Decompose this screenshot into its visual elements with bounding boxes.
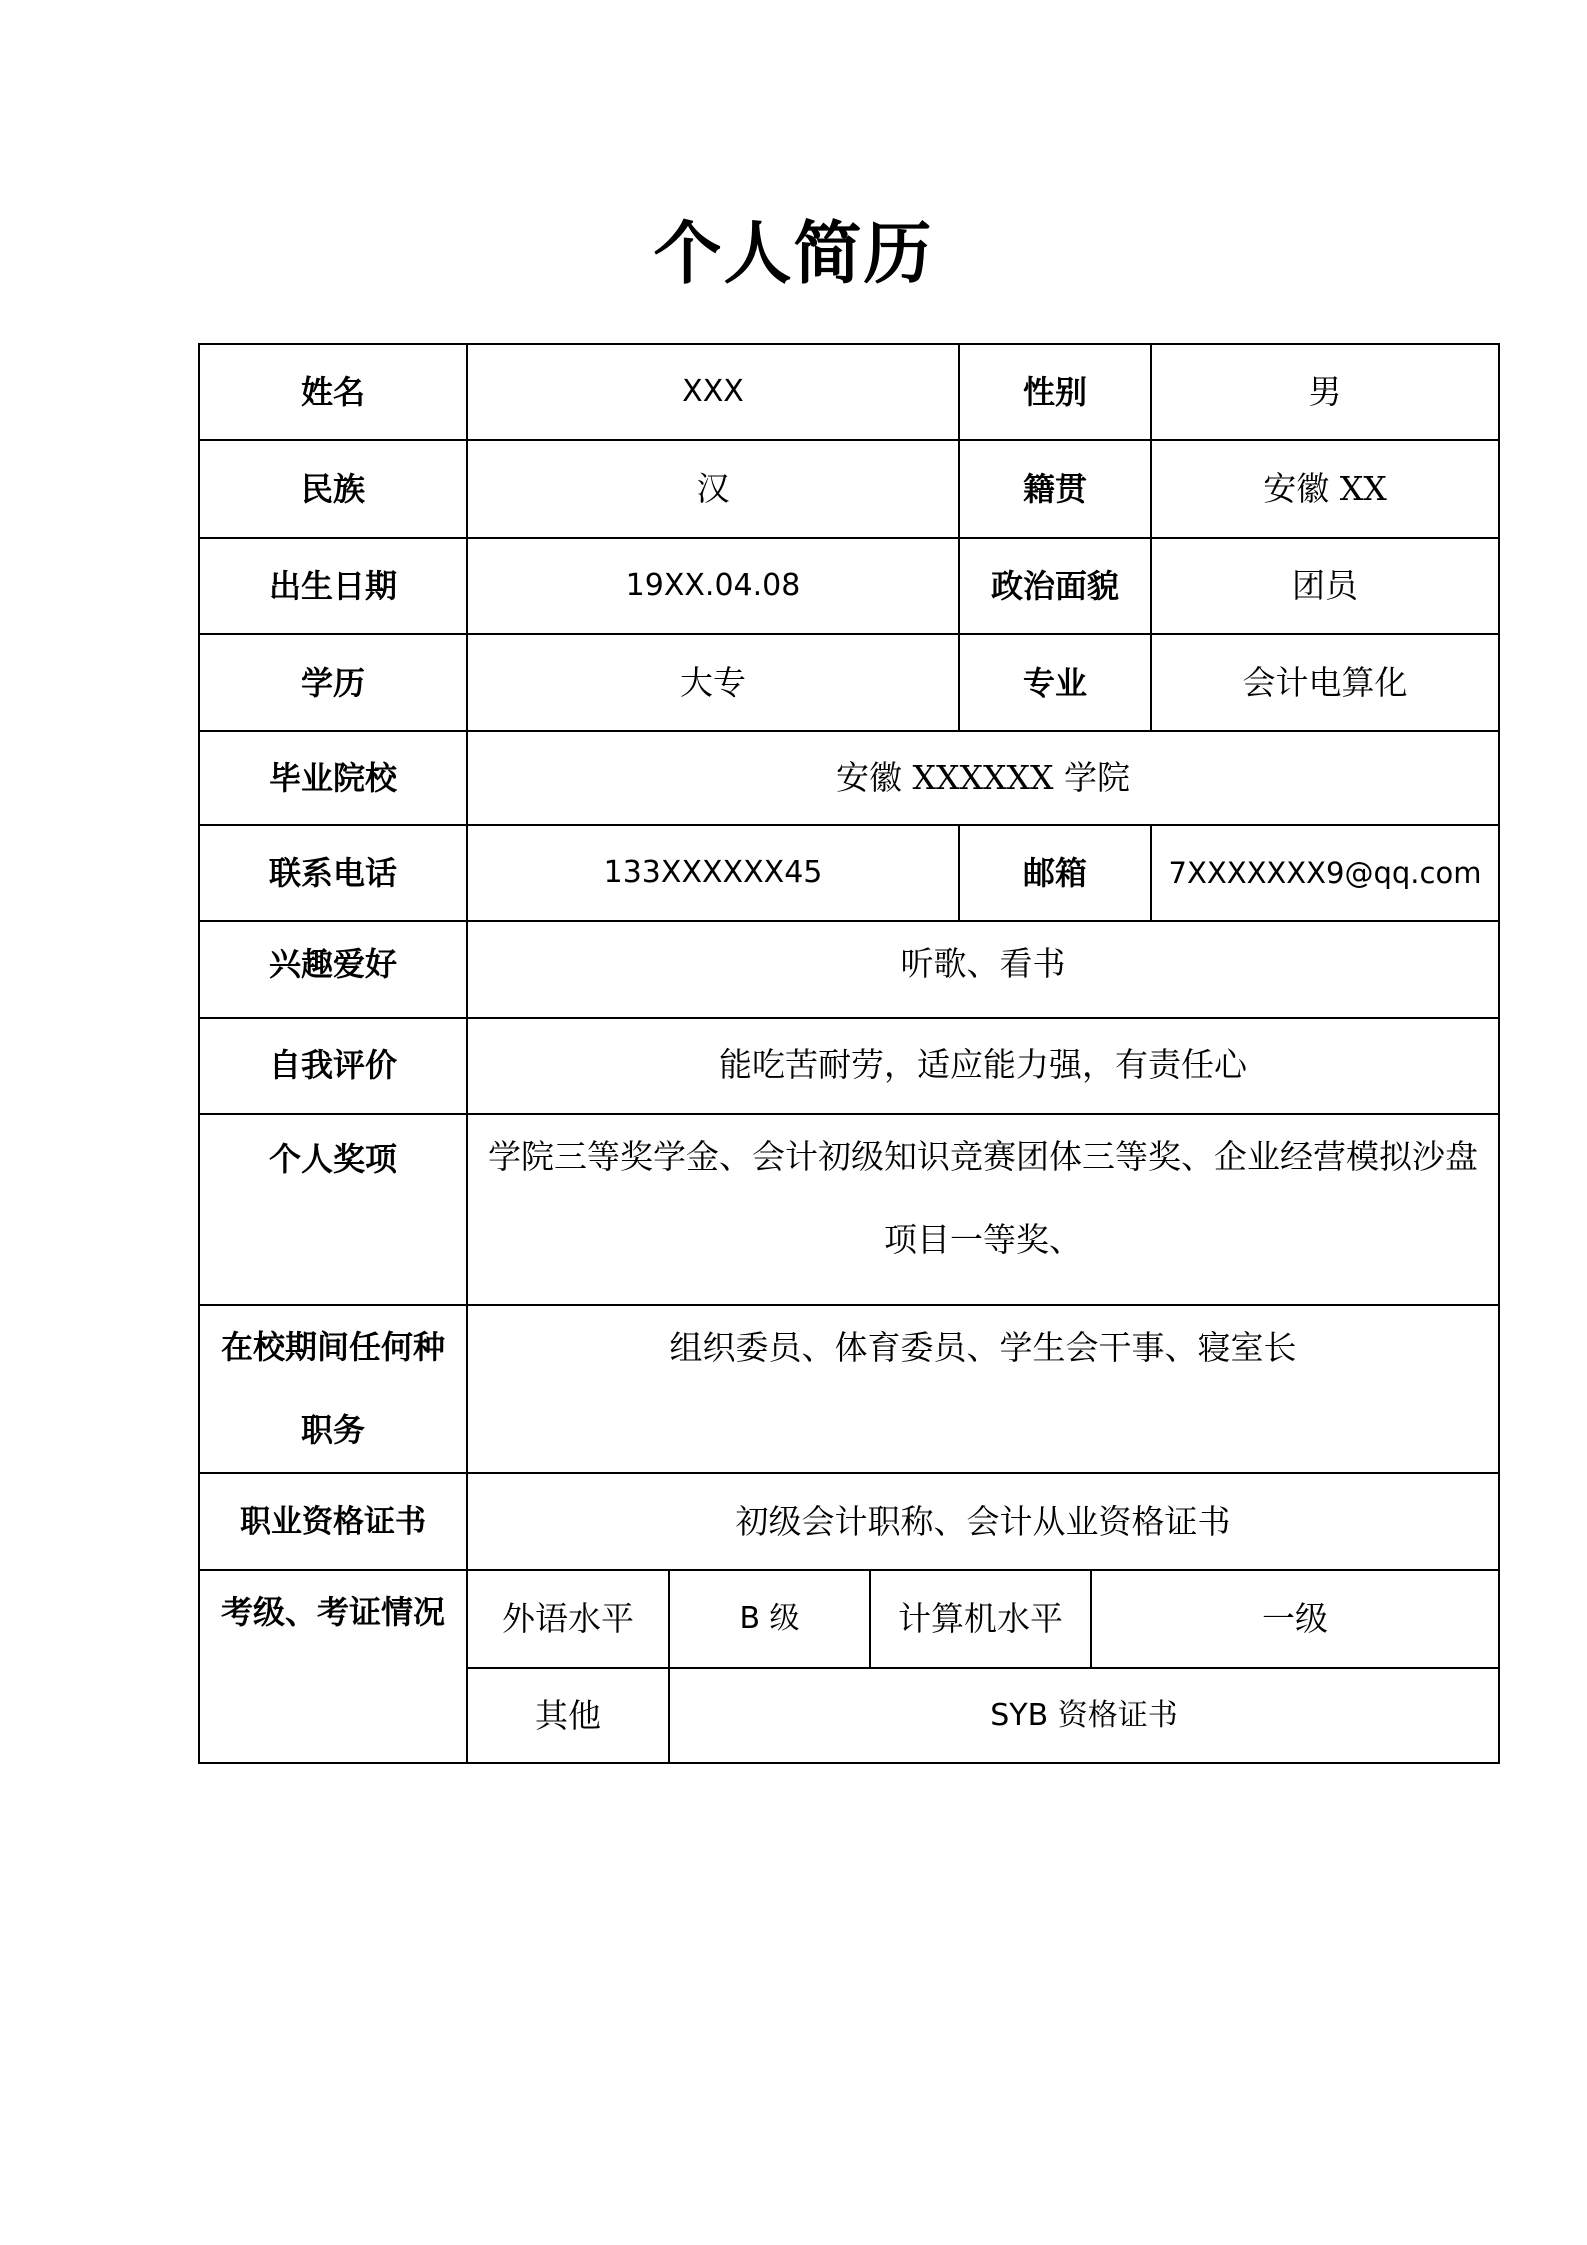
ethnicity-value: 汉 [466,439,960,539]
ethnicity-label: 民族 [198,439,468,539]
birth-date-value: 19XX.04.08 [466,537,960,635]
other-label: 其他 [466,1667,670,1764]
certificates-value: 初级会计职称、会计从业资格证书 [466,1472,1500,1571]
hobbies-value: 听歌、看书 [466,920,1500,1019]
school-value: 安徽 XXXXXX 学院 [466,730,1500,826]
email-value: 7XXXXXXX9@qq.com [1150,824,1500,922]
school-positions-label: 在校期间任何种职务 [198,1304,468,1474]
hobbies-label: 兴趣爱好 [198,920,468,1019]
hometown-value: 安徽 XX [1150,439,1500,539]
political-status-value: 团员 [1150,537,1500,635]
gender-label: 性别 [958,343,1152,441]
name-label: 姓名 [198,343,468,441]
political-status-label: 政治面貌 [958,537,1152,635]
foreign-language-value: B 级 [668,1569,871,1669]
school-label: 毕业院校 [198,730,468,826]
self-evaluation-label: 自我评价 [198,1017,468,1115]
major-value: 会计电算化 [1150,633,1500,732]
education-value: 大专 [466,633,960,732]
gender-value: 男 [1150,343,1500,441]
computer-level-label: 计算机水平 [869,1569,1092,1669]
page-title: 个人简历 [0,214,1587,294]
email-label: 邮箱 [958,824,1152,922]
foreign-language-label: 外语水平 [466,1569,670,1669]
self-evaluation-value: 能吃苦耐劳，适应能力强，有责任心 [466,1017,1500,1115]
other-value: SYB 资格证书 [668,1667,1500,1764]
name-value: XXX [466,343,960,441]
awards-value: 学院三等奖学金、会计初级知识竞赛团体三等奖、企业经营模拟沙盘项目一等奖、 [466,1113,1500,1306]
school-positions-value: 组织委员、体育委员、学生会干事、寝室长 [466,1304,1500,1474]
exams-label: 考级、考证情况 [198,1569,468,1764]
computer-level-value: 一级 [1090,1569,1500,1669]
birth-date-label: 出生日期 [198,537,468,635]
awards-label: 个人奖项 [198,1113,468,1306]
education-label: 学历 [198,633,468,732]
phone-label: 联系电话 [198,824,468,922]
major-label: 专业 [958,633,1152,732]
certificates-label: 职业资格证书 [198,1472,468,1571]
phone-value: 133XXXXXX45 [466,824,960,922]
hometown-label: 籍贯 [958,439,1152,539]
